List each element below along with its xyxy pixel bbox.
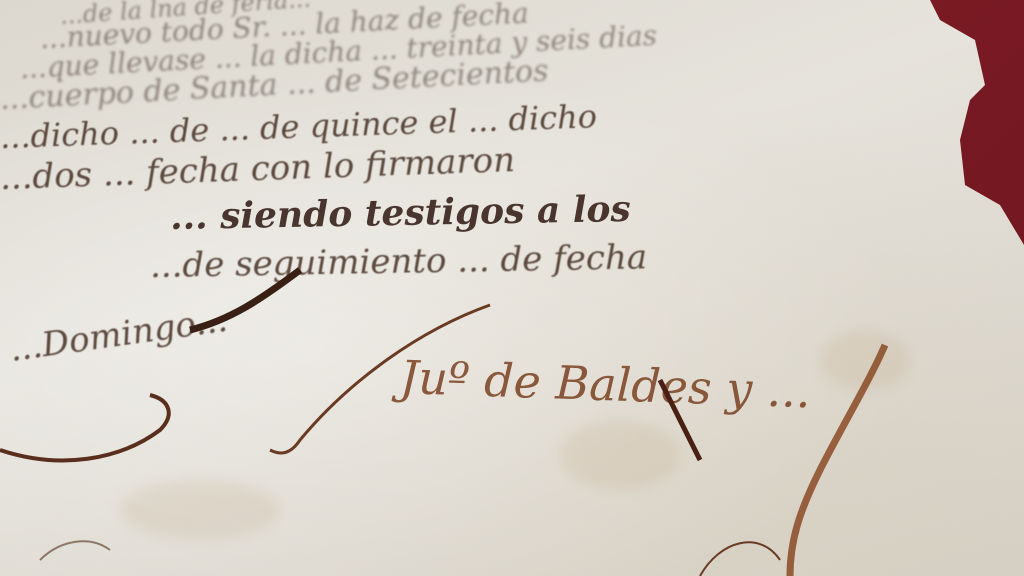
ink-flourishes xyxy=(0,0,1024,576)
